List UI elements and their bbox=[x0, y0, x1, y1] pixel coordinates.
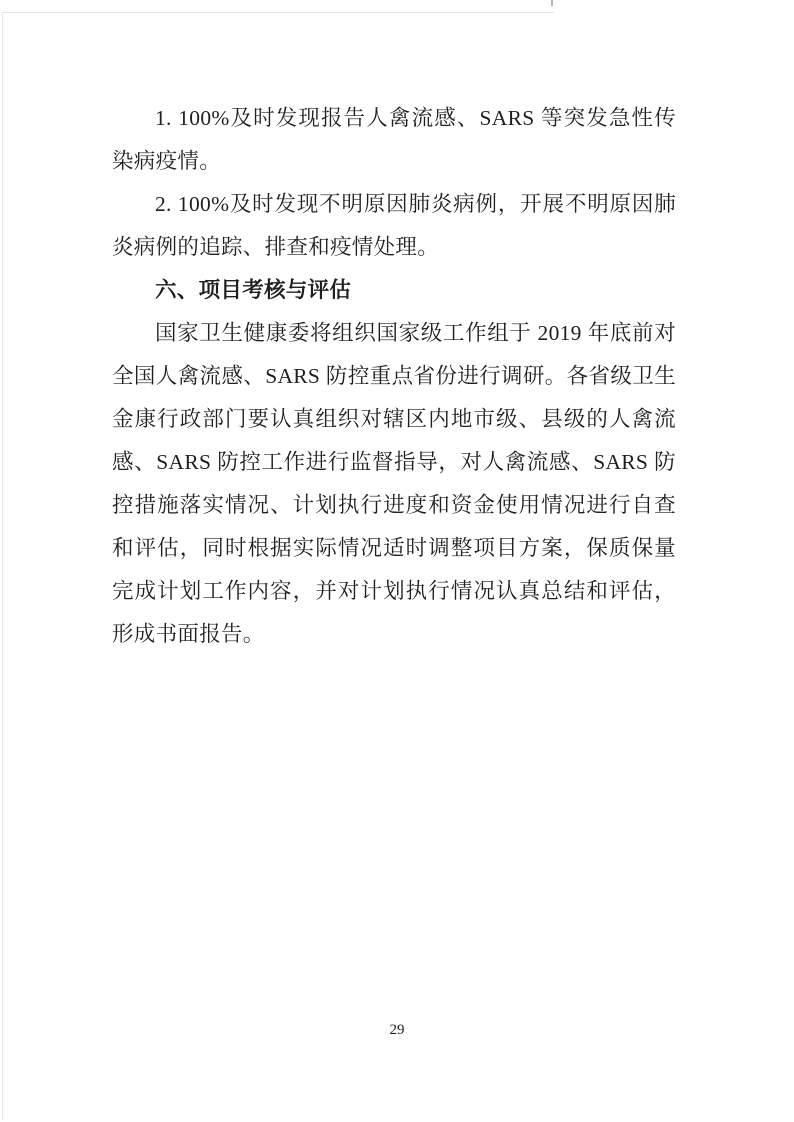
scan-edge-left-line bbox=[2, 12, 3, 1120]
paragraph-assessment: 国家卫生健康委将组织国家级工作组于 2019 年底前对全国人禽流感、SARS 防… bbox=[112, 312, 676, 656]
numbered-item-1: 1. 100%及时发现报告人禽流感、SARS 等突发急性传染病疫情。 bbox=[112, 97, 676, 183]
numbered-item-2: 2. 100%及时发现不明原因肺炎病例，开展不明原因肺炎病例的追踪、排查和疫情处… bbox=[112, 183, 676, 269]
scan-edge-top-line bbox=[2, 12, 554, 13]
document-page: 1. 100%及时发现报告人禽流感、SARS 等突发急性传染病疫情。 2. 10… bbox=[0, 0, 794, 1122]
document-body: 1. 100%及时发现报告人禽流感、SARS 等突发急性传染病疫情。 2. 10… bbox=[112, 97, 676, 656]
section-heading: 六、项目考核与评估 bbox=[112, 269, 676, 312]
page-number: 29 bbox=[0, 1021, 794, 1039]
scan-artifact-speck bbox=[551, 0, 553, 6]
